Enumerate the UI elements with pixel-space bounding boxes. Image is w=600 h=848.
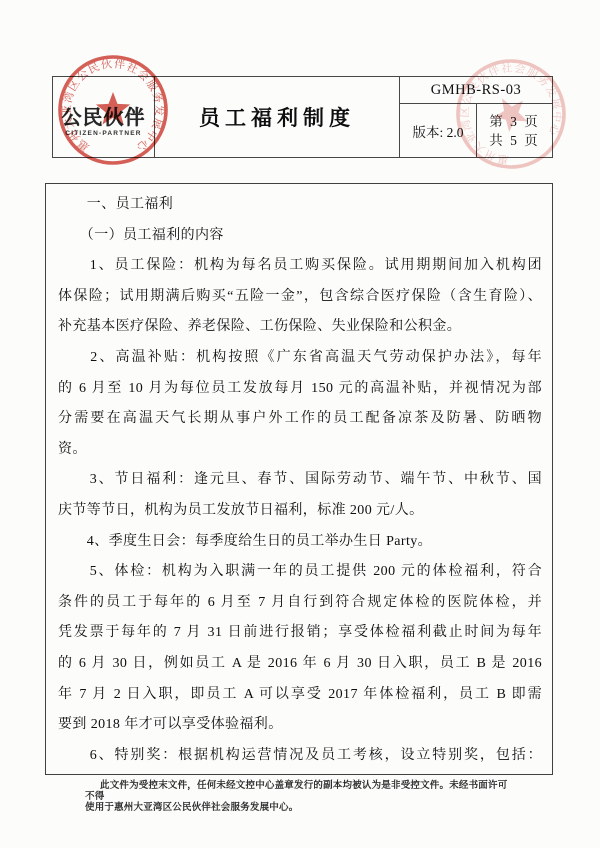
doc-code: GMHB-RS-03 [400, 77, 552, 104]
svg-text:伙: 伙 [100, 56, 113, 71]
body-line: 资。 [58, 435, 542, 466]
body-line: 5、体检：机构为入职满一年的员工提供 200 元的体检福利，符合 [58, 557, 542, 588]
body-line: 凭发票于每年的 7 月 31 日前进行报销；享受体检福利截止时间为每年 [58, 618, 542, 649]
org-logo-en: CITIZEN-PARTNER [65, 130, 141, 137]
org-logo: 公民伙伴 CITIZEN-PARTNER [53, 77, 155, 157]
body-line: 一、员工福利 [58, 190, 542, 221]
page-current: 第 3 页 [489, 112, 540, 131]
footer-note: 此文件为受控末文件，任何未经文控中心盖章发行的副本均被认为是非受控文件。未经书面… [85, 781, 517, 813]
body-line: 2、高温补贴：机构按照《广东省高温天气劳动保护办法》，每年 [58, 343, 542, 374]
document-page: 公民伙伴 CITIZEN-PARTNER 员工福利制度 GMHB-RS-03 版… [0, 0, 600, 848]
body-line: 庆节等节日，机构为员工发放节日福利，标准 200 元/人。 [58, 496, 542, 527]
doc-version: 版本: 2.0 [400, 104, 477, 157]
header-table: 公民伙伴 CITIZEN-PARTNER 员工福利制度 GMHB-RS-03 版… [52, 76, 553, 158]
page-total: 共 5 页 [489, 131, 540, 150]
footer-note-line2: 使用于惠州大亚湾区公民伙伴社会服务发展中心。 [85, 803, 517, 814]
doc-info-cells: GMHB-RS-03 版本: 2.0 第 3 页 共 5 页 [399, 77, 552, 157]
document-title: 员工福利制度 [155, 77, 399, 157]
org-logo-cn: 公民伙伴 [62, 108, 146, 128]
body-line: 体保险；试用期满后购买“五险一金”，包含综合医疗保险（含生育险）、 [58, 282, 542, 313]
body-line: 年 7 月 2 日入职，即员工 A 可以享受 2017 年体检福利，员工 B 即… [58, 680, 542, 711]
svg-text:民: 民 [86, 60, 101, 76]
content-box: 一、员工福利 （一）员工福利的内容 1、员工保险：机构为每名员工购买保险。试用期… [45, 183, 553, 775]
body-line: 1、员工保险：机构为每名员工购买保险。试用期期间加入机构团 [58, 251, 542, 282]
body-line: 要到 2018 年才可以享受体验福利。 [58, 710, 542, 741]
body-line: 4、季度生日会：每季度给生日的员工举办生日 Party。 [58, 527, 542, 558]
body-line: 6、特别奖：根据机构运营情况及员工考核，设立特别奖，包括： [58, 741, 542, 772]
body-line: 补充基本医疗保险、养老保险、工伤保险、失业保险和公积金。 [58, 312, 542, 343]
body-line: 3、节日福利：逢元旦、春节、国际劳动节、端午节、中秋节、国 [58, 465, 542, 496]
doc-page-numbers: 第 3 页 共 5 页 [477, 104, 552, 157]
body-line: 条件的员工于每年的 6 月至 7 月自行到符合规定体检的医院体检，并 [58, 588, 542, 619]
body-line: （一）员工福利的内容 [58, 221, 542, 252]
svg-text:伴: 伴 [113, 56, 126, 71]
doc-info-bottom-row: 版本: 2.0 第 3 页 共 5 页 [400, 104, 552, 157]
body-line: 分需要在高温天气长期从事户外工作的员工配备凉茶及防暑、防晒物 [58, 404, 542, 435]
body-line: 的 6 月至 10 月为每位员工发放每月 150 元的高温补贴，并视情况为部 [58, 374, 542, 405]
svg-text:社: 社 [125, 59, 141, 76]
svg-text:会: 会 [513, 60, 527, 76]
footer-note-line1: 此文件为受控末文件，任何未经文控中心盖章发行的副本均被认为是非受控文件。未经书面… [85, 781, 517, 803]
svg-text:社: 社 [501, 60, 513, 75]
body-line: 的 6 月 30 日，例如员工 A 是 2016 年 6 月 30 日入职，员工… [58, 649, 542, 680]
